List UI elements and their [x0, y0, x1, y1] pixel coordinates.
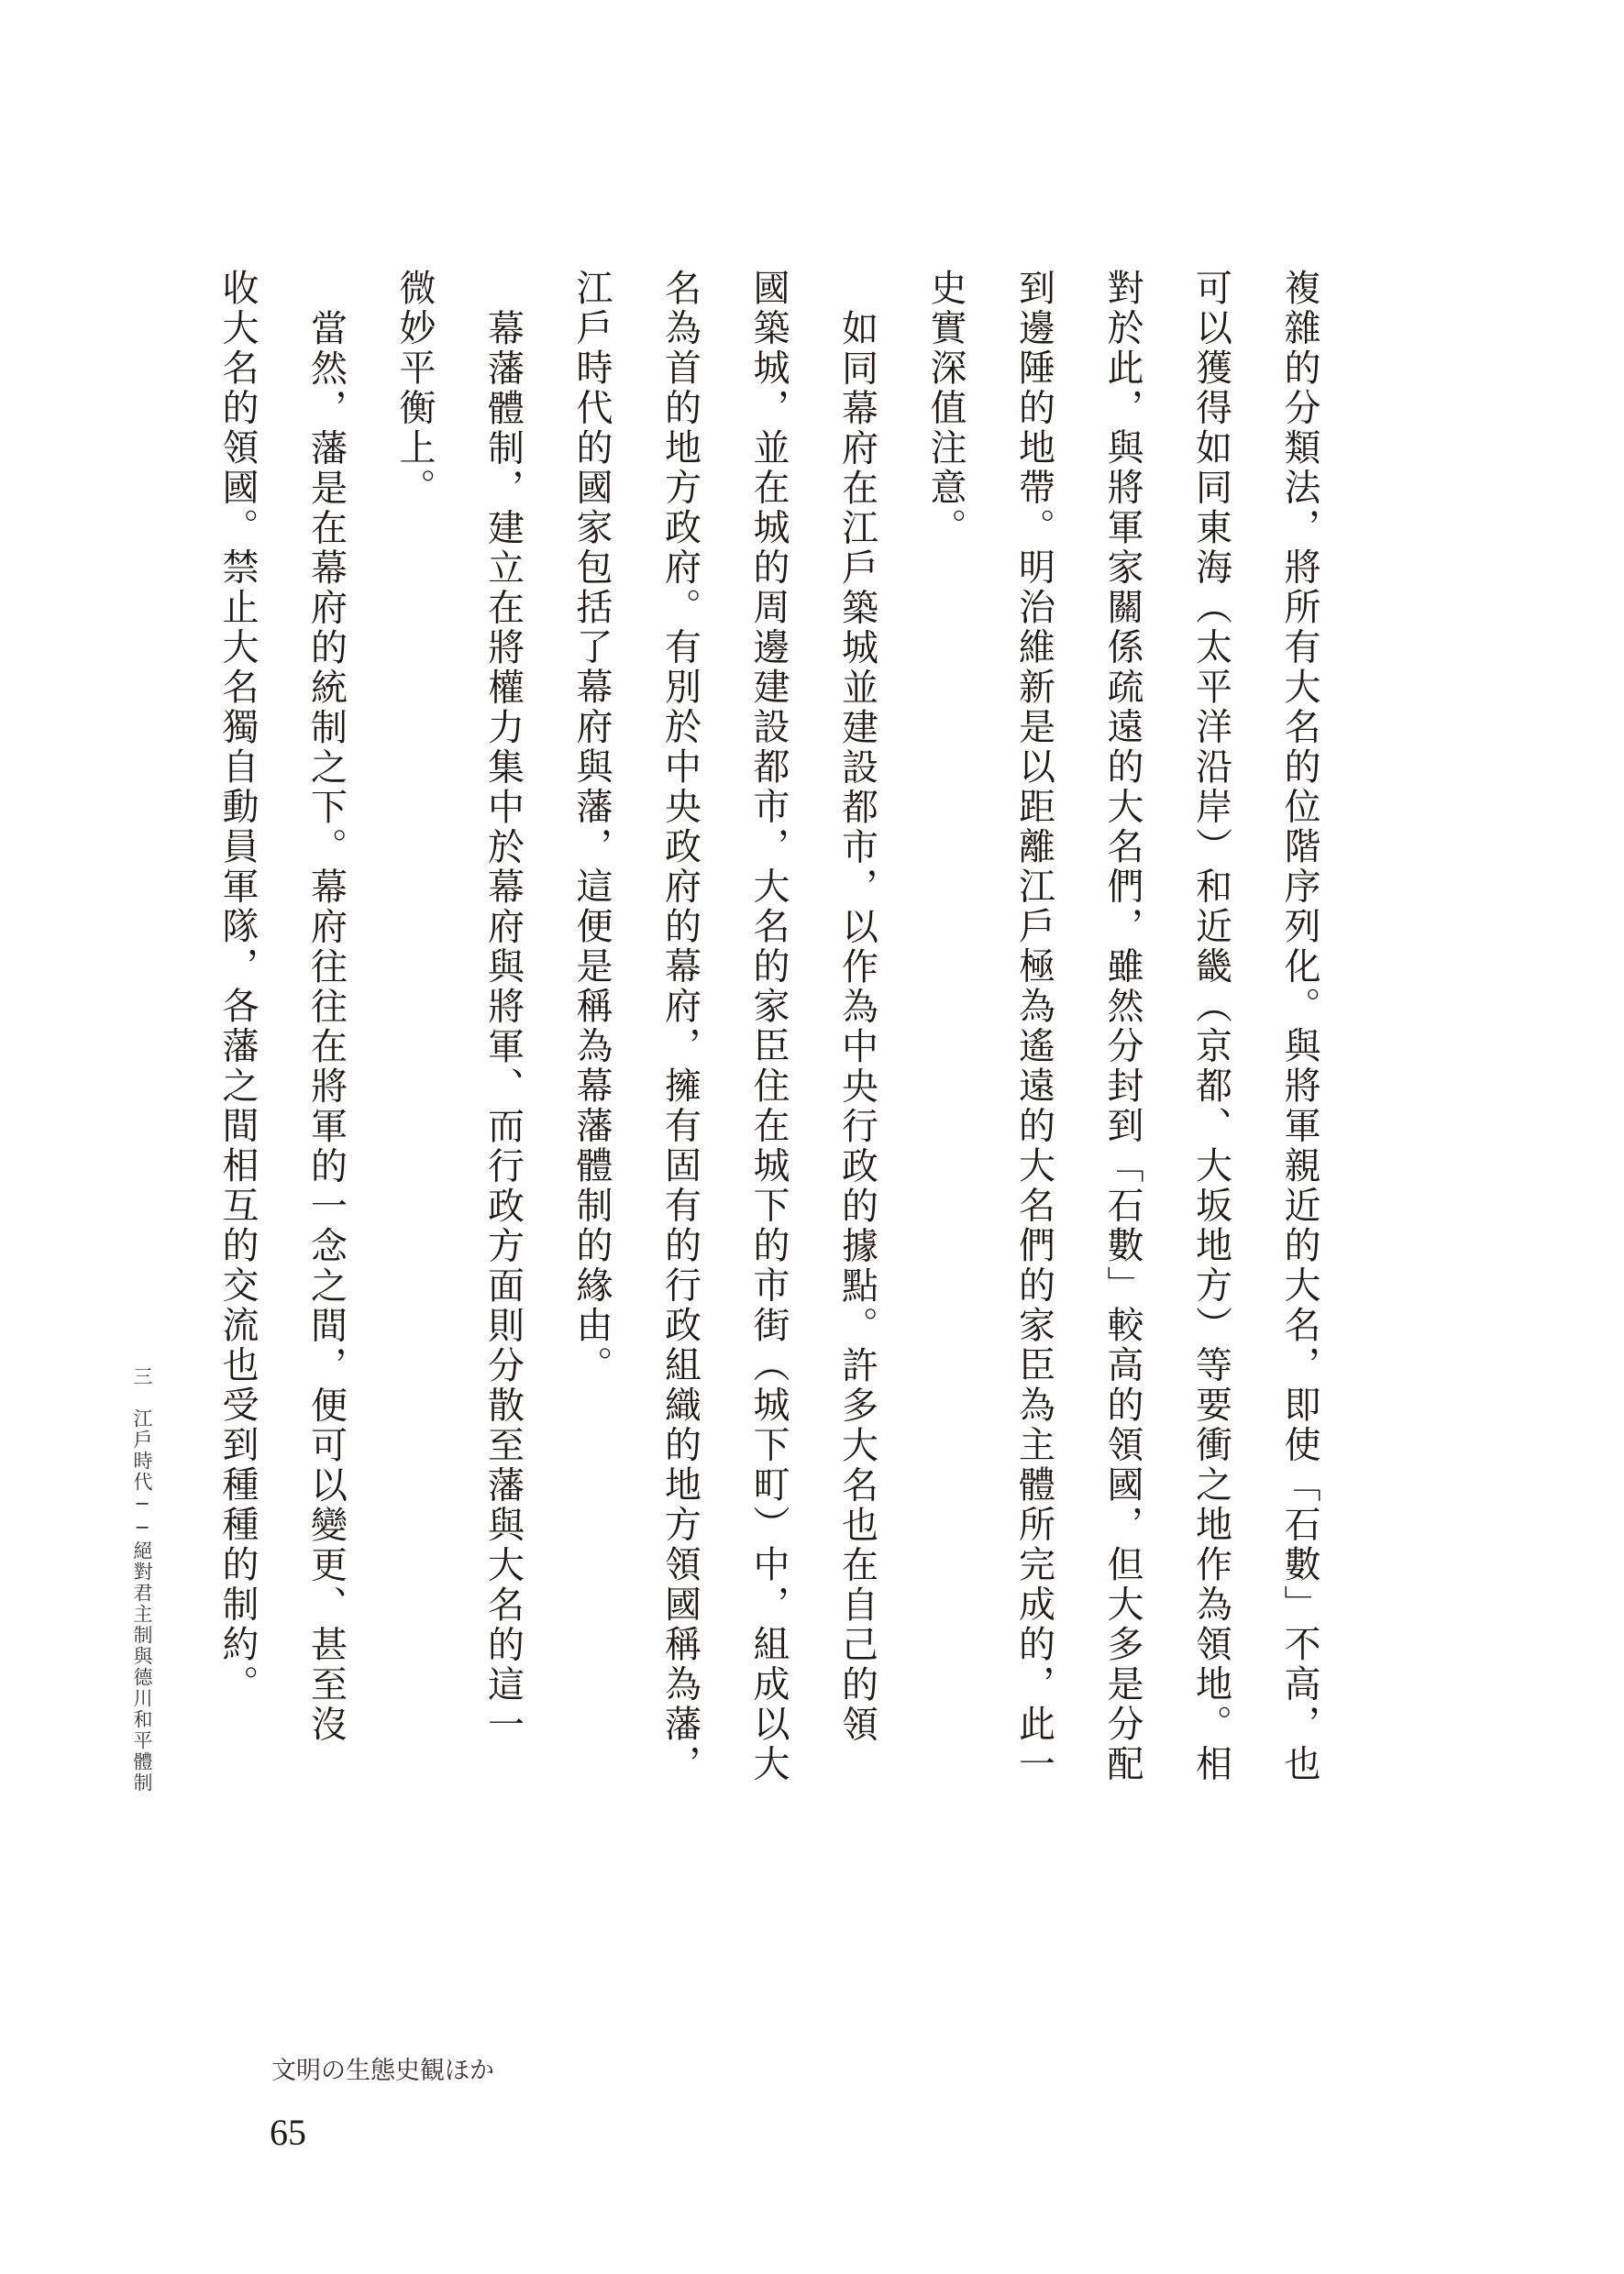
- text-column-5: 史實深值注意。: [901, 269, 990, 1809]
- text-column-7: 國築城，並在城的周邊建設都市，大名的家臣住在城下的市街（城下町）中，組成以大: [724, 269, 813, 1809]
- text-column-13: 收大名的領國。禁止大名獨自動員軍隊，各藩之間相互的交流也受到種種的制約。: [193, 269, 282, 1809]
- text-column-2: 可以獲得如同東海（太平洋沿岸）和近畿（京都、大坂地方）等要衝之地作為領地。相: [1166, 269, 1255, 1809]
- text-column-3: 對於此，與將軍家關係疏遠的大名們，雖然分封到「石數」較高的領國，但大多是分配: [1078, 269, 1167, 1809]
- chapter-spacer: [128, 1387, 156, 1408]
- book-page: 三 江戶時代──絕對君主制與德川和平體制 複雜的分類法，將所有大名的位階序列化。…: [0, 0, 1624, 2274]
- chapter-number: 三: [131, 1366, 153, 1387]
- page-number: 65: [270, 2111, 306, 2154]
- text-column-4: 到邊陲的地帶。明治維新是以距離江戶極為遙遠的大名們的家臣為主體所完成的，此一: [989, 269, 1078, 1809]
- text-column-1: 複雜的分類法，將所有大名的位階序列化。與將軍親近的大名，即使「石數」不高，也: [1255, 269, 1344, 1809]
- text-column-9: 江戶時代的國家包括了幕府與藩，這便是稱為幕藩體制的緣由。: [547, 269, 636, 1809]
- text-column-11: 微妙平衡上。: [370, 269, 459, 1809]
- chapter-title: 江戶時代──絕對君主制與德川和平體制: [131, 1408, 153, 1794]
- text-column-12: 當然，藩是在幕府的統制之下。幕府往往在將軍的一念之間，便可以變更、甚至沒: [282, 269, 370, 1809]
- book-title: 文明の生態史観ほか: [271, 2050, 494, 2086]
- text-column-8: 名為首的地方政府。有別於中央政府的幕府，擁有固有的行政組織的地方領國稱為藩，: [635, 269, 724, 1809]
- running-head: 三 江戶時代──絕對君主制與德川和平體制: [128, 1366, 156, 1794]
- body-text: 複雜的分類法，將所有大名的位階序列化。與將軍親近的大名，即使「石數」不高，也 可…: [193, 269, 1344, 1809]
- text-column-10: 幕藩體制，建立在將權力集中於幕府與將軍、而行政方面則分散至藩與大名的這一: [458, 269, 547, 1809]
- text-column-6: 如同幕府在江戶築城並建設都市，以作為中央行政的據點。許多大名也在自己的領: [812, 269, 901, 1809]
